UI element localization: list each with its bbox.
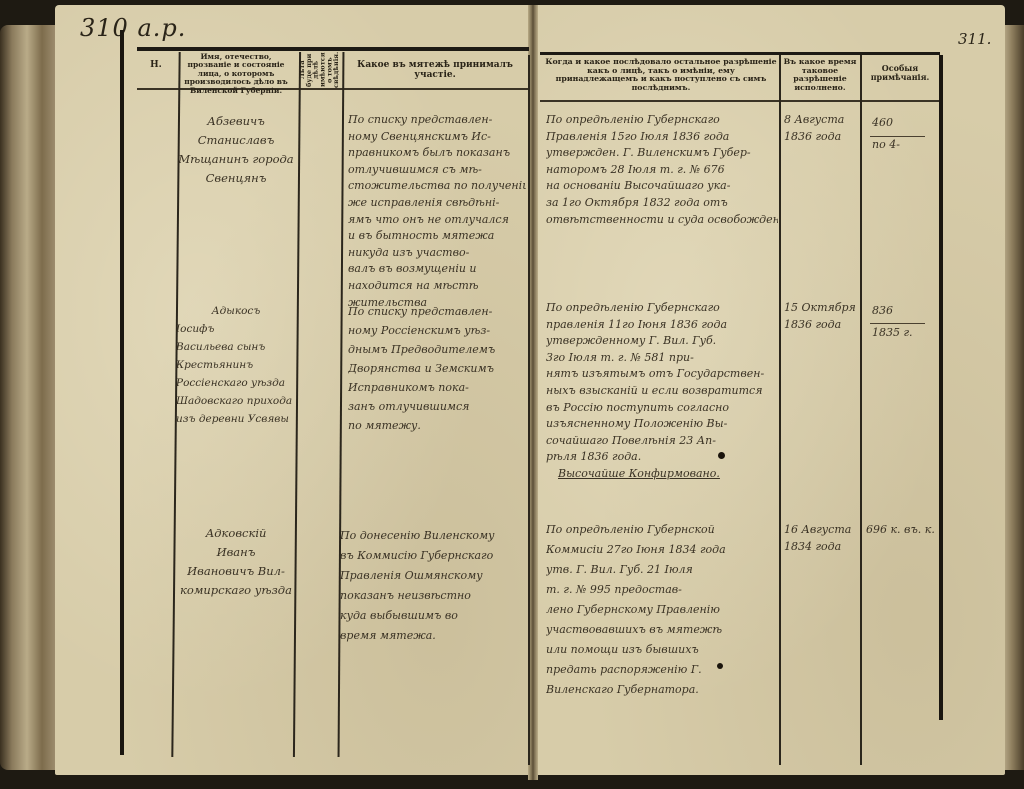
entry-2-resolution: По опредѣленію Губернскаго правленія 11г… (546, 300, 778, 483)
header-name: Имя, отечество, прозваніе и состояніе ли… (178, 53, 294, 95)
header-top-rule-left (137, 47, 529, 51)
header-executed: Въ какое время таковое разрѣшеніе исполн… (781, 58, 859, 93)
paper-hole (717, 663, 723, 669)
entry-2-name: Адыкосъ Іосифъ Васильева сынъ Крестьянин… (176, 302, 296, 428)
entry-1-notes: 460 по 4- (872, 112, 936, 156)
header-resolution: Когда и какое послѣдовало остальное разр… (545, 58, 777, 93)
entry-1-resolution: По опредѣленію Губернскаго Правленія 15г… (546, 112, 778, 228)
outer-rule-left (120, 30, 124, 755)
outer-rule-right (939, 55, 943, 720)
header-top-rule-right (540, 52, 940, 55)
entry-3-participation: По донесенію Виленскому въ Коммисію Губе… (340, 526, 528, 646)
entry-2-executed: 15 Октября 1836 года (784, 300, 858, 333)
entry-2-notes-divider (870, 323, 925, 324)
entry-2-participation: По списку представлен- ному Россіенскимъ… (348, 302, 526, 435)
paper-hole (718, 452, 725, 459)
entry-3-executed: 16 Августа 1834 года (784, 522, 858, 555)
col-rule-resolution (779, 55, 781, 765)
header-age: Лѣта буде при дѣлѣ имѣются о томъ свѣдѣн… (299, 52, 339, 88)
col-rule-executed (860, 55, 862, 765)
book-spine (528, 5, 538, 780)
entry-3-notes: 696 к. въ. к. (866, 522, 986, 539)
entry-2-notes: 836 1835 г. (872, 300, 936, 344)
col-rule-participation (528, 55, 530, 765)
entry-1-participation: По списку представлен- ному Свенцянскимъ… (348, 112, 526, 311)
entry-3-resolution: По опредѣленію Губернской Коммисіи 27го … (546, 520, 778, 700)
header-participation: Какое въ мятежѣ принималъ участіе. (345, 60, 525, 80)
entry-1-notes-divider (870, 136, 925, 137)
page-stack-left-edge (0, 25, 60, 770)
header-number: Н. (137, 60, 175, 70)
entry-3-name: Адковскій Иванъ Ивановичъ Вил- комирскаг… (176, 524, 296, 600)
page-number-left: 310 а.р. (80, 14, 186, 42)
entry-1-executed: 8 Августа 1836 года (784, 112, 858, 145)
ledger-spread: 310 а.р. 311. Н. Имя, отечество, прозван… (0, 0, 1024, 789)
header-bottom-rule-right (540, 100, 940, 102)
header-notes: Особыя примѣчанія. (862, 64, 938, 82)
page-number-right: 311. (958, 30, 991, 48)
entry-1-name: Абзевичъ Станиславъ Мѣщанинъ города Свен… (176, 112, 296, 188)
